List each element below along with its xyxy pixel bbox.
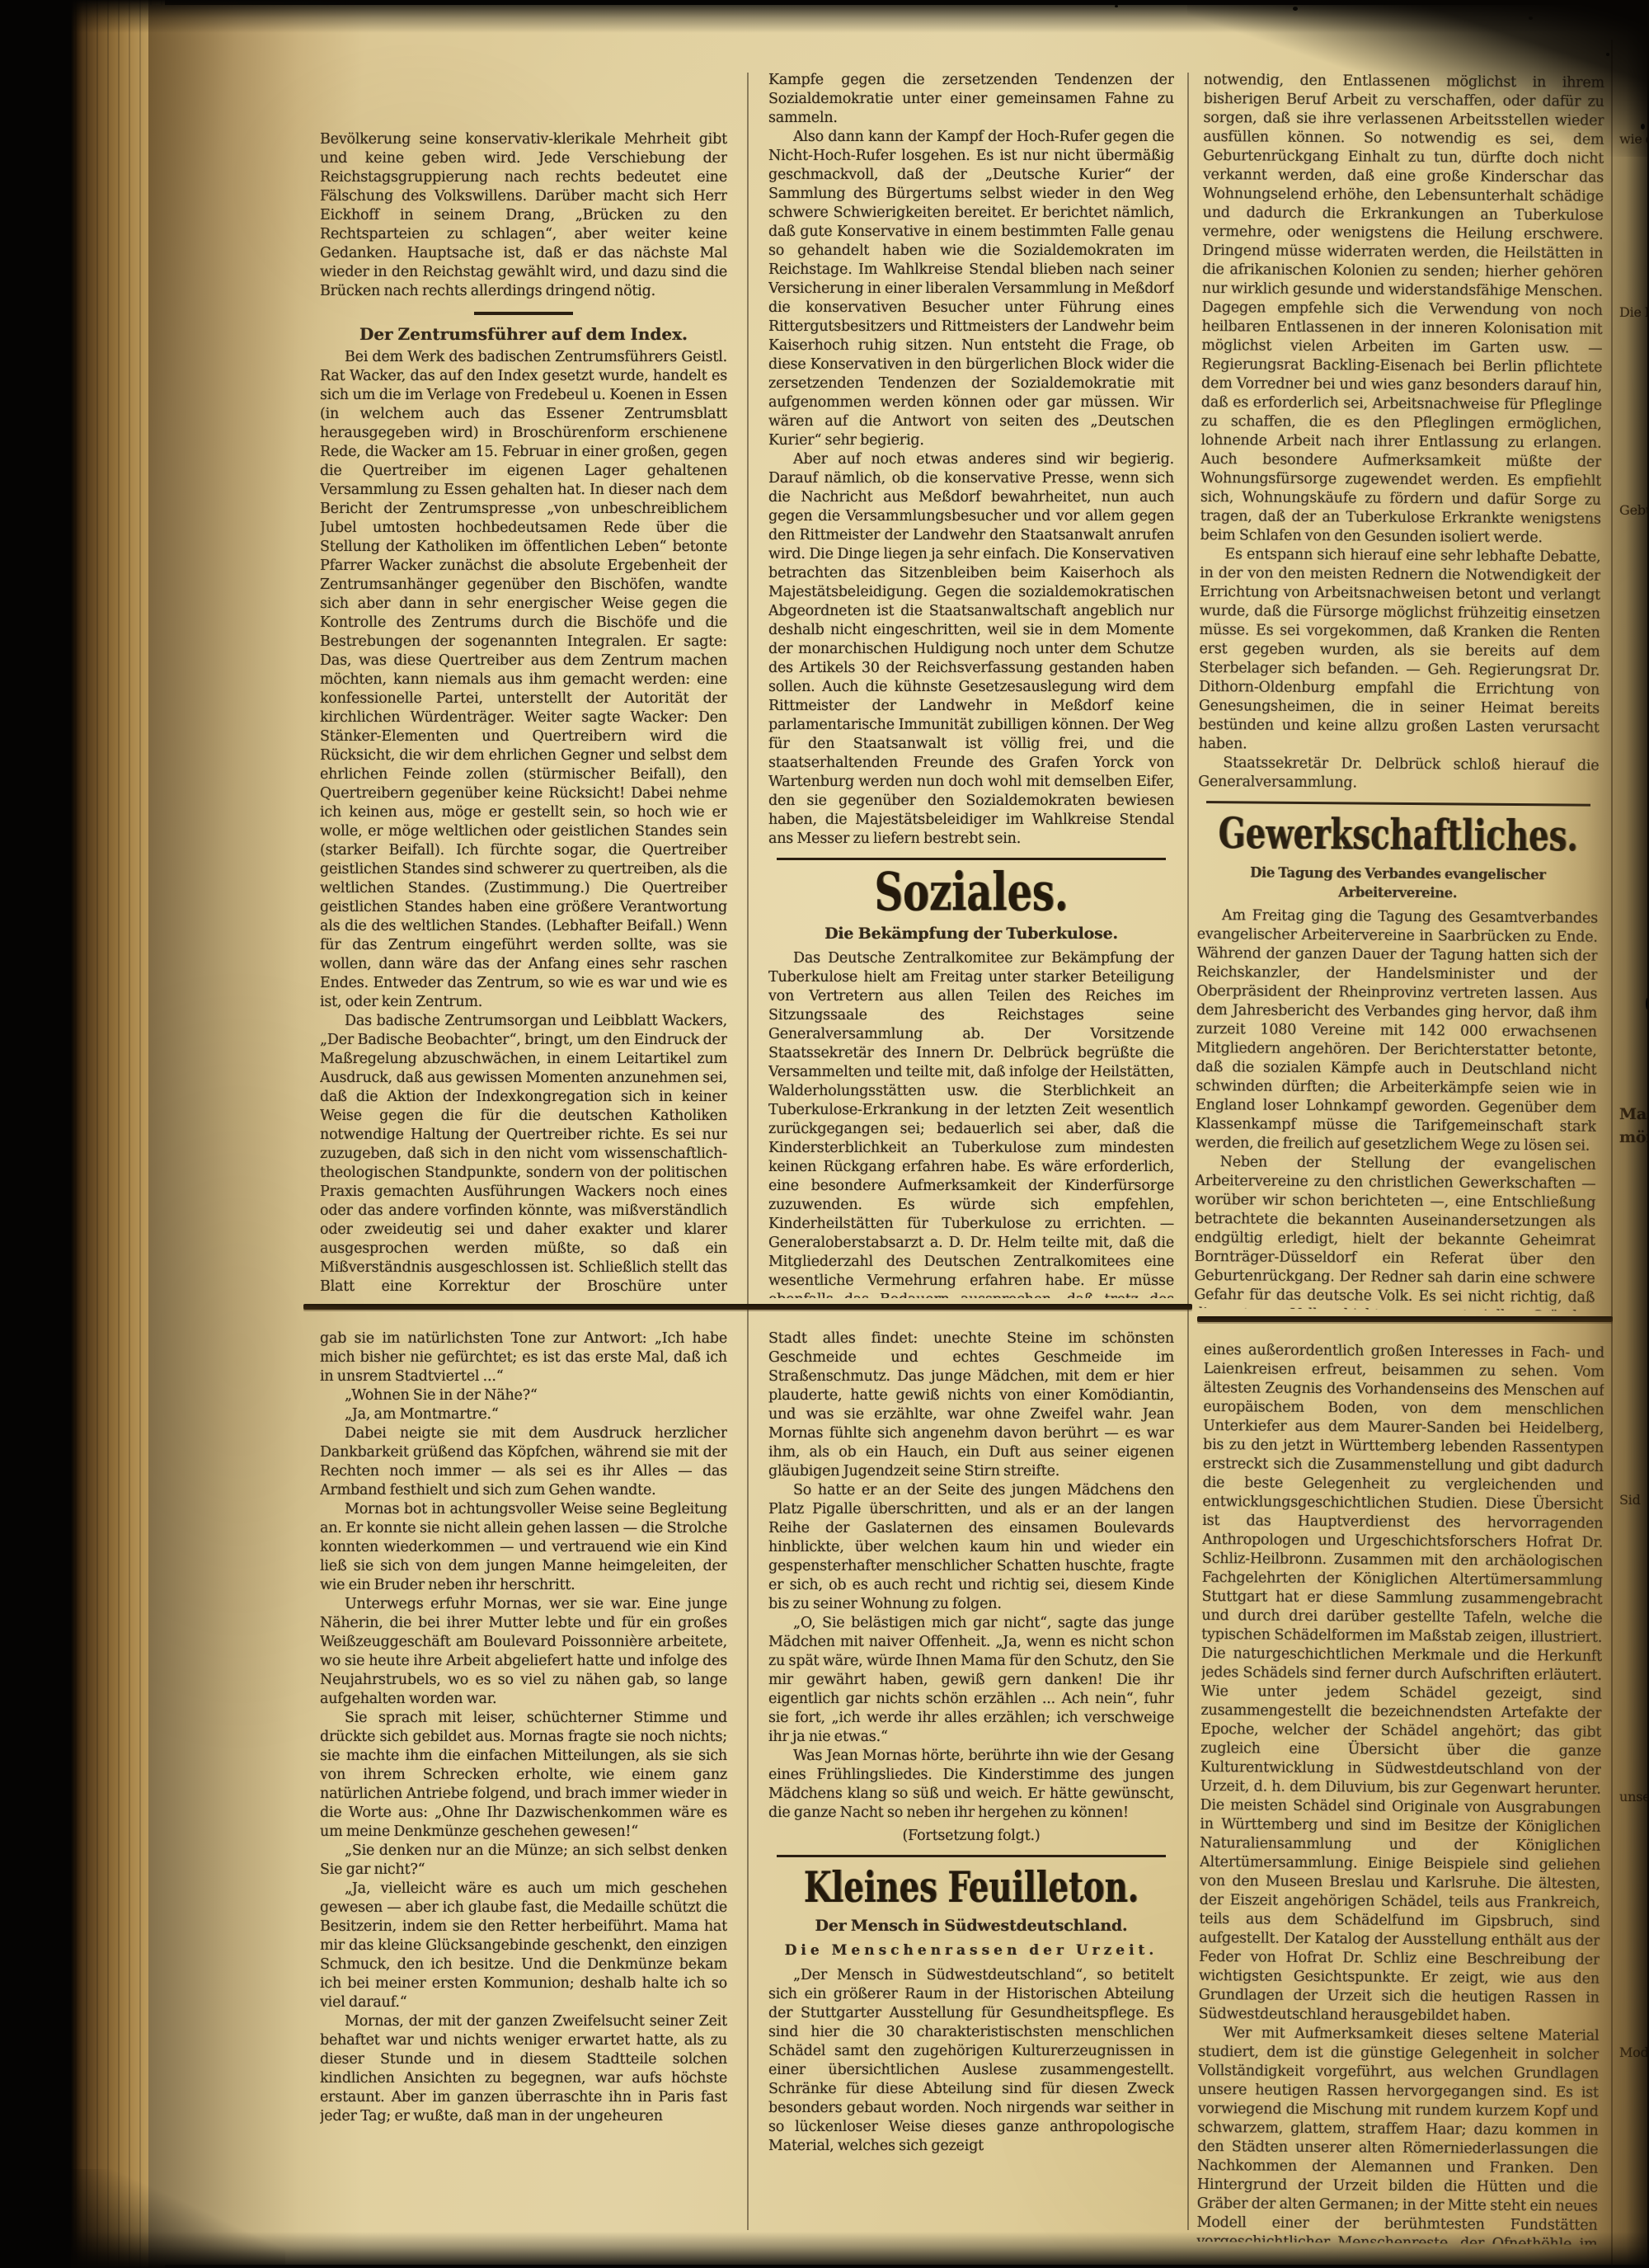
novel-paragraph: „Ja, vielleicht wäre es auch um mich ges…: [320, 1880, 727, 2012]
section-divider: [1206, 801, 1590, 806]
novel-paragraph: Was Jean Mornas hörte, berührte ihn wie …: [768, 1747, 1174, 1823]
novel-paragraph: Dabei neigte sie mit dem Ausdruck herzli…: [320, 1424, 727, 1500]
newspaper-scan-page: { "c1t": [ {"text": "Bevölkerung seine k…: [0, 0, 1649, 2268]
dust-speck: [1293, 7, 1298, 11]
novel-dialogue-line: „Wohnen Sie in der Nähe?“: [320, 1386, 727, 1405]
column-2-news: Kampfe gegen die zersetzenden Tendenzen …: [768, 71, 1174, 1298]
column-divider-2: [1187, 73, 1189, 2230]
column-3-news: notwendig, den Entlassenen möglichst in …: [1194, 71, 1604, 1311]
section-title-kleines-feuilleton: Kleines Feuilleton.: [785, 1864, 1158, 1910]
novel-paragraph: Mornas, der mit der ganzen Zweifelsucht …: [320, 2012, 727, 2126]
headline-tuberkulose: Die Bekämpfung der Tuberkulose.: [768, 925, 1174, 943]
edge-text-fragment: Die L: [1619, 303, 1647, 322]
novel-paragraph: Mornas bot in achtungsvoller Weise seine…: [320, 1500, 727, 1595]
edge-text-fragment: wie d: [1619, 130, 1647, 148]
article-continuation-paragraph: eines außerordentlich großen Interesses …: [1198, 1341, 1604, 2027]
article-paragraph: Neben der Stellung der evangelischen Arb…: [1194, 1152, 1595, 1310]
column-1-news: Bevölkerung seine konservativ-klerikale …: [320, 130, 727, 1293]
novel-paragraph: Sie sprach mit leiser, schüchterner Stim…: [320, 1709, 727, 1842]
edge-text-fragment: Mode: [1619, 2044, 1647, 2062]
article-paragraph: Staatssekretär Dr. Delbrück schloß hiera…: [1198, 754, 1599, 795]
headline-tagung-arbeitervereine: Die Tagung des Verbandes evangelischer A…: [1197, 862, 1598, 903]
edge-text-fragment: Sid: [1619, 1491, 1641, 1509]
column-3-feuilleton: eines außerordentlich großen Interesses …: [1196, 1341, 1604, 2245]
edge-headline-fragment: mörder: [1619, 1128, 1647, 1146]
section-rule-right: [1197, 1316, 1613, 1322]
article-separator: [474, 312, 573, 315]
edge-headline-fragment: Massen: [1619, 1105, 1647, 1123]
cut-off-column-edge: wie d Die L Gebu Massen mörder Sid unser…: [1618, 40, 1647, 2233]
article-continuation-paragraph: Kampfe gegen die zersetzenden Tendenzen …: [768, 71, 1174, 128]
article-paragraph: Das Deutsche Zentralkomitee zur Bekämpfu…: [768, 949, 1174, 1299]
novel-to-be-continued: (Fortsetzung folgt.): [768, 1827, 1174, 1846]
dust-speck: [1646, 998, 1649, 1009]
novel-paragraph: Stadt alles findet: unechte Steine im sc…: [768, 1329, 1174, 1481]
edge-text-fragment: unsere: [1619, 1788, 1647, 1806]
section-divider: [777, 858, 1166, 860]
dust-speck: [1641, 124, 1645, 129]
edge-text-fragment: Gebu: [1619, 501, 1647, 520]
article-continuation-paragraph: Bevölkerung seine konservativ-klerikale …: [320, 130, 727, 301]
article-paragraph: Das badische Zentrumsorgan und Leibblatt…: [320, 1012, 727, 1293]
novel-dialogue-line: „Ja, am Montmartre.“: [320, 1405, 727, 1424]
section-title-soziales: Soziales.: [785, 867, 1158, 919]
column-1-feuilleton-novel: gab sie im natürlichsten Tone zur Antwor…: [320, 1329, 727, 2235]
novel-paragraph: „O, Sie belästigen mich gar nicht“, sagt…: [768, 1614, 1174, 1747]
dust-speck: [1115, 5, 1118, 7]
headline-mensch-suedwestdeutschland: Der Mensch in Südwestdeutschland.: [768, 1917, 1174, 1936]
article-paragraph: Es entspann sich hierauf eine sehr lebha…: [1198, 545, 1600, 757]
section-divider: [777, 1855, 1166, 1857]
section-title-gewerkschaftliches: Gewerkschaftliches.: [1214, 811, 1583, 860]
article-continuation-paragraph: notwendig, den Entlassenen möglichst in …: [1200, 71, 1604, 548]
dust-speck: [1606, 53, 1609, 56]
dust-speck: [1529, 16, 1533, 20]
book-binding-page-edges: [0, 0, 165, 2268]
column-divider-1: [747, 73, 749, 2230]
article-paragraph: Am Freitag ging die Tagung des Gesamtver…: [1196, 906, 1598, 1155]
novel-paragraph: Unterwegs erfuhr Mornas, wer sie war. Ei…: [320, 1595, 727, 1709]
novel-paragraph: So hatte er an der Seite des jungen Mädc…: [768, 1481, 1174, 1614]
novel-paragraph: gab sie im natürlichsten Tone zur Antwor…: [320, 1329, 727, 1386]
column-divider-3: [1611, 40, 1613, 2266]
article-paragraph: „Der Mensch in Südwestdeutschland“, so b…: [768, 1966, 1174, 2156]
article-paragraph: Also dann kann der Kampf der Hoch-Rufer …: [768, 128, 1174, 450]
subhead-menschenrassen-urzeit: Die Menschenrassen der Urzeit.: [768, 1941, 1174, 1960]
headline-zentrumsfuehrer-index: Der Zentrumsführer auf dem Index.: [320, 325, 727, 344]
column-2-feuilleton: Stadt alles findet: unechte Steine im sc…: [768, 1329, 1174, 2243]
section-rule-left: [303, 1304, 1192, 1310]
article-paragraph: Bei dem Werk des badischen Zentrumsführe…: [320, 348, 727, 1012]
article-paragraph: Aber auf noch etwas anderes sind wir beg…: [768, 450, 1174, 849]
article-paragraph: Wer mit Aufmerksamkeit dieses seltene Ma…: [1196, 2024, 1599, 2245]
novel-dialogue-line: „Sie denken nur an die Münze; an sich se…: [320, 1842, 727, 1880]
